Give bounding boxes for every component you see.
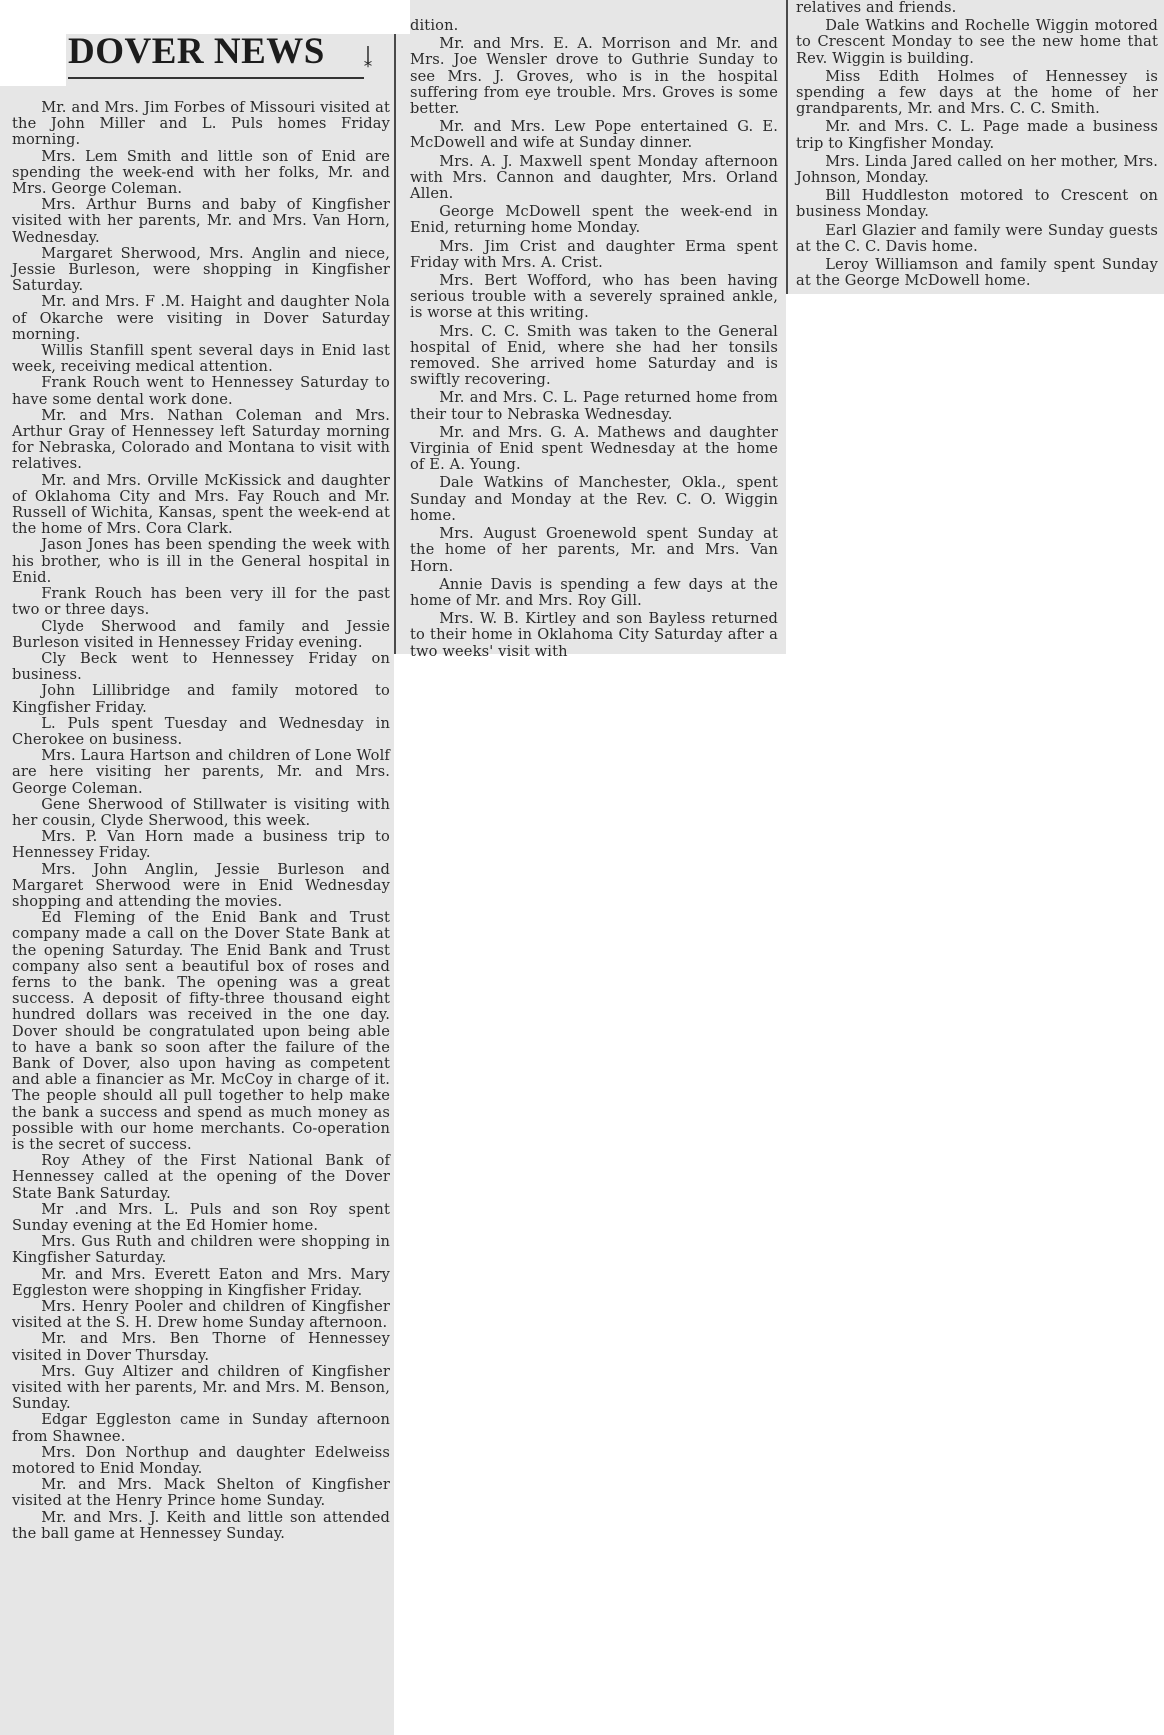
news-item: Mrs. Guy Altizer and children of Kingfis… — [12, 1364, 390, 1413]
news-item: Annie Davis is spending a few days at th… — [410, 577, 778, 609]
news-item: Mrs. A. J. Maxwell spent Monday afternoo… — [410, 154, 778, 203]
news-item: Frank Rouch has been very ill for the pa… — [12, 586, 390, 618]
news-item: Dale Watkins of Manchester, Okla., spent… — [410, 475, 778, 524]
news-item: Mr. and Mrs. Orville McKissick and daugh… — [12, 473, 390, 538]
news-item: Mr. and Mrs. F .M. Haight and daughter N… — [12, 294, 390, 343]
news-item: Ed Fleming of the Enid Bank and Trust co… — [12, 910, 390, 1153]
news-item: Mr. and Mrs. Lew Pope entertained G. E. … — [410, 119, 778, 151]
news-item: Mr. and Mrs. Nathan Coleman and Mrs. Art… — [12, 408, 390, 473]
news-item-continuation: relatives and friends. — [796, 0, 1158, 16]
news-item: Mrs. Bert Wofford, who has been having s… — [410, 273, 778, 322]
news-item: Mrs. Henry Pooler and children of Kingfi… — [12, 1299, 390, 1331]
news-item: John Lillibridge and family motored to K… — [12, 683, 390, 715]
column-3: relatives and friends.Dale Watkins and R… — [786, 0, 1164, 294]
news-item: Mrs. Arthur Burns and baby of Kingfisher… — [12, 197, 390, 246]
news-item: Mr .and Mrs. L. Puls and son Roy spent S… — [12, 1202, 390, 1234]
news-item: Mr. and Mrs. G. A. Mathews and daughter … — [410, 425, 778, 474]
news-item: Jason Jones has been spending the week w… — [12, 537, 390, 586]
headline-rule — [68, 77, 364, 79]
news-item: Mr. and Mrs. E. A. Morrison and Mr. and … — [410, 36, 778, 117]
column-1: Mr. and Mrs. Jim Forbes of Missouri visi… — [0, 86, 394, 1735]
news-item: Miss Edith Holmes of Hennessey is spendi… — [796, 69, 1158, 118]
news-item: Mrs. Don Northup and daughter Edelweiss … — [12, 1445, 390, 1477]
news-item: George McDowell spent the week-end in En… — [410, 204, 778, 236]
news-item: Cly Beck went to Hennessey Friday on bus… — [12, 651, 390, 683]
news-item: Clyde Sherwood and family and Jessie Bur… — [12, 619, 390, 651]
news-item: L. Puls spent Tuesday and Wednesday in C… — [12, 716, 390, 748]
news-item: Mrs. Gus Ruth and children were shopping… — [12, 1234, 390, 1266]
news-item: Gene Sherwood of Stillwater is visiting … — [12, 797, 390, 829]
news-item: Margaret Sherwood, Mrs. Anglin and niece… — [12, 246, 390, 295]
news-item: Earl Glazier and family were Sunday gues… — [796, 223, 1158, 255]
news-item: Leroy Williamson and family spent Sunday… — [796, 257, 1158, 289]
news-item: Mrs. August Groenewold spent Sunday at t… — [410, 526, 778, 575]
clipping-edge — [394, 0, 410, 34]
news-item-continuation: dition. — [410, 18, 778, 34]
news-item: Mrs. Laura Hartson and children of Lone … — [12, 748, 390, 797]
news-item: Dale Watkins and Rochelle Wiggin motored… — [796, 18, 1158, 67]
news-item: Mrs. John Anglin, Jessie Burleson and Ma… — [12, 862, 390, 911]
news-item: Edgar Eggleston came in Sunday afternoon… — [12, 1412, 390, 1444]
news-item: Mrs. W. B. Kirtley and son Bayless retur… — [410, 611, 778, 660]
news-item: Mrs. Lem Smith and little son of Enid ar… — [12, 149, 390, 198]
news-item: Mr. and Mrs. J. Keith and little son att… — [12, 1510, 390, 1542]
news-item: Mr. and Mrs. Everett Eaton and Mrs. Mary… — [12, 1267, 390, 1299]
news-item: Mr. and Mrs. Mack Shelton of Kingfisher … — [12, 1477, 390, 1509]
news-item: Bill Huddleston motored to Crescent on b… — [796, 188, 1158, 220]
news-item: Mrs. Linda Jared called on her mother, M… — [796, 154, 1158, 186]
news-item: Mrs. P. Van Horn made a business trip to… — [12, 829, 390, 861]
news-item: Mr. and Mrs. C. L. Page made a business … — [796, 119, 1158, 151]
news-item: Roy Athey of the First National Bank of … — [12, 1153, 390, 1202]
column-2: dition.Mr. and Mrs. E. A. Morrison and M… — [394, 0, 786, 654]
news-item: Mrs. C. C. Smith was taken to the Genera… — [410, 324, 778, 389]
news-item: Mrs. Jim Crist and daughter Erma spent F… — [410, 239, 778, 271]
page-title: DOVER NEWS — [68, 30, 325, 73]
news-item: Mr. and Mrs. Ben Thorne of Hennessey vis… — [12, 1331, 390, 1363]
news-item: Mr. and Mrs. Jim Forbes of Missouri visi… — [12, 100, 390, 149]
news-item: Mr. and Mrs. C. L. Page returned home fr… — [410, 390, 778, 422]
news-item: Willis Stanfill spent several days in En… — [12, 343, 390, 375]
news-item: Frank Rouch went to Hennessey Saturday t… — [12, 375, 390, 407]
dagger-ornament-icon: |* — [361, 48, 375, 74]
